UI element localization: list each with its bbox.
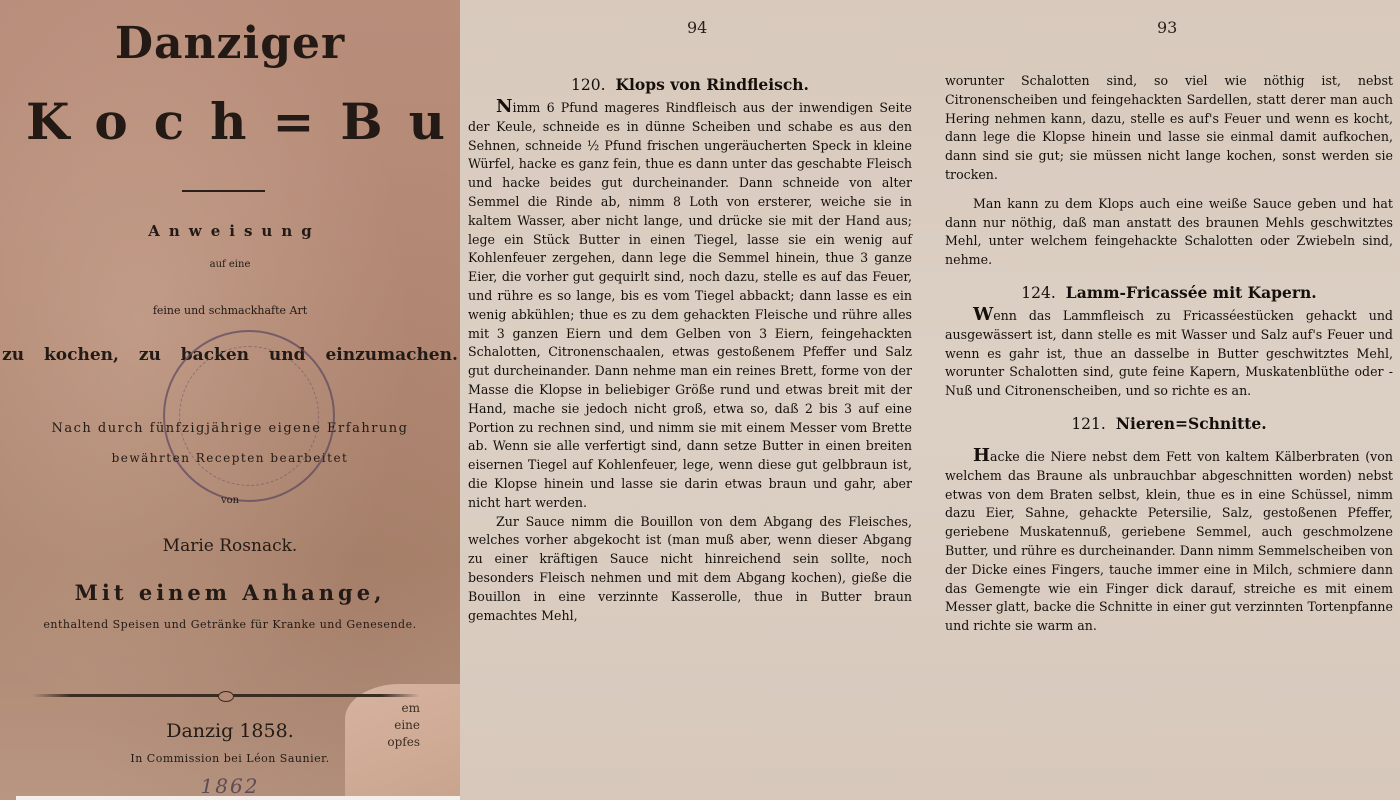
- cover-appendix: Mit einem Anhange,: [0, 580, 460, 605]
- recipe-121-body: Hacke die Niere nebst dem Fett von kalte…: [945, 447, 1393, 636]
- recipe-continuation: worunter Schalotten sind, so viel wie nö…: [945, 72, 1393, 185]
- library-stamp-icon: [163, 330, 335, 502]
- drop-cap: W: [973, 304, 993, 325]
- recipe-number: 120.: [571, 76, 606, 94]
- recipe-title: Nieren=Schnitte.: [1116, 414, 1267, 433]
- cover-title-danziger: Danziger: [0, 18, 460, 69]
- recipe-number: 121.: [1071, 415, 1106, 433]
- cover-appendix-description: enthaltend Speisen und Getränke für Kran…: [0, 618, 460, 631]
- cover-experience-line2: bewährten Recepten bearbeitet: [0, 451, 460, 465]
- page-number-right: 93: [1157, 18, 1177, 37]
- cover-divider-short: [182, 190, 265, 192]
- page-93-column: worunter Schalotten sind, so viel wie nö…: [945, 72, 1393, 636]
- cover-title-kochbuch: Koch=Buch: [0, 92, 460, 151]
- drop-cap: N: [496, 96, 512, 117]
- cover-bottom-edge: [16, 796, 460, 800]
- recipe-124-heading: 124.Lamm-Fricassée mit Kapern.: [945, 282, 1393, 304]
- cover-experience-line1: Nach durch fünfzigjährige eigene Erfahru…: [0, 421, 460, 436]
- recipe-120-sauce: Zur Sauce nimm die Bouillon von dem Abga…: [468, 513, 912, 626]
- cover-by: von: [0, 495, 460, 506]
- book-cover: Danziger Koch=Buch Anweisung auf eine fe…: [0, 0, 460, 800]
- recipe-124-body: Wenn das Lammfleisch zu Fricasséestücken…: [945, 306, 1393, 401]
- cover-author: Marie Rosnack.: [0, 536, 460, 556]
- recipe-title: Lamm-Fricassée mit Kapern.: [1066, 283, 1317, 302]
- handwritten-annotation: 1862: [0, 774, 460, 798]
- cover-subtitle-anweisung: Anweisung: [0, 222, 460, 240]
- recipe-title: Klops von Rindfleisch.: [616, 75, 809, 94]
- cover-subtitle-feine-art: feine und schmackhafte Art: [0, 304, 460, 317]
- cover-ornamental-rule: [32, 694, 420, 697]
- recipe-note: Man kann zu dem Klops auch eine weiße Sa…: [945, 195, 1393, 270]
- drop-cap: H: [973, 445, 990, 466]
- recipe-120-body: Nimm 6 Pfund mageres Rindfleisch aus der…: [468, 98, 912, 513]
- cover-city-year: Danzig 1858.: [0, 720, 460, 742]
- page-number-left: 94: [687, 18, 707, 37]
- cover-publisher: In Commission bei Léon Saunier.: [0, 752, 460, 765]
- recipe-120-heading: 120.Klops von Rindfleisch.: [468, 74, 912, 96]
- book-pages: 94 93 120.Klops von Rindfleisch. Nimm 6 …: [460, 0, 1400, 800]
- cover-subtitle-auf-eine: auf eine: [0, 259, 460, 270]
- recipe-121-heading: 121.Nieren=Schnitte.: [945, 413, 1393, 435]
- page-94-column: 120.Klops von Rindfleisch. Nimm 6 Pfund …: [468, 72, 912, 625]
- recipe-number: 124.: [1021, 284, 1056, 302]
